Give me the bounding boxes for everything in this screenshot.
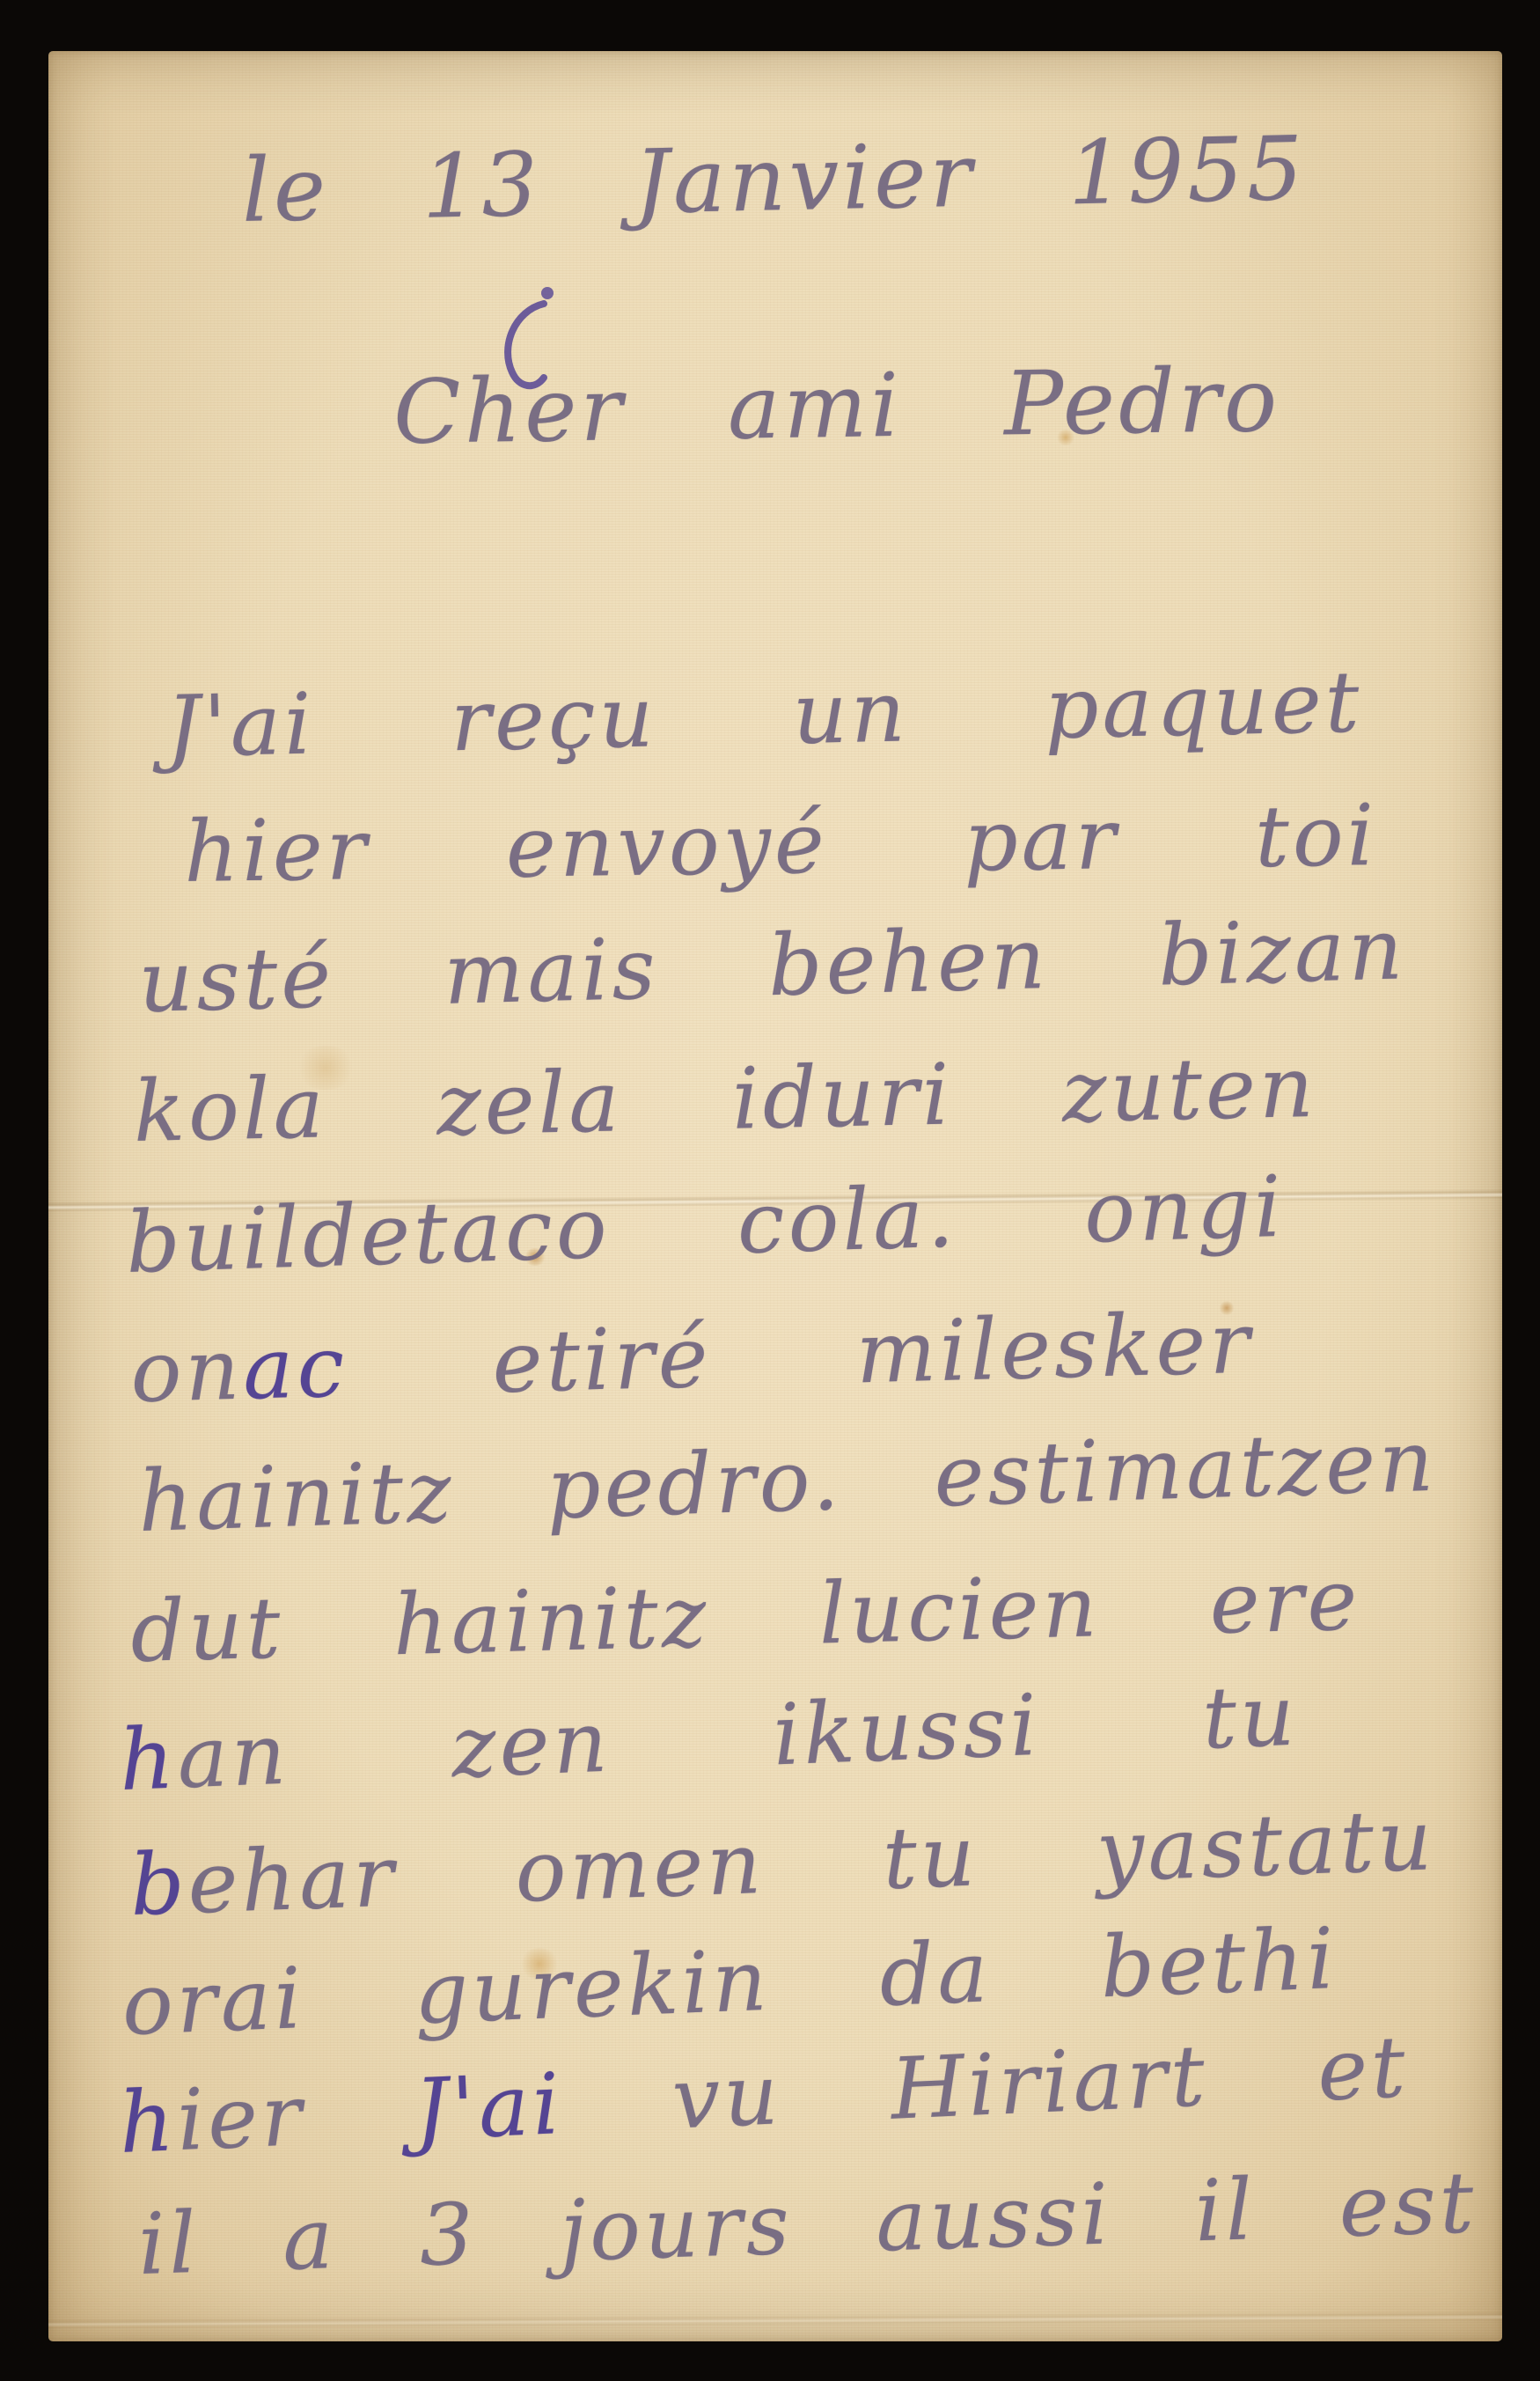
salutation-line: Cher ami Pedro [392,349,1280,464]
ink-segment: b [128,1834,189,1935]
ink-segment: etiré milesker [347,1294,1255,1416]
ink-segment: dut hainitz lucien ere [129,1550,1361,1681]
handwritten-line: il a 3 jours aussi il est [136,2153,1478,2294]
letter-scan: le 13 Janvier 1955 Cher ami Pedro J'ai r… [0,0,1540,2381]
handwritten-line: J'ai reçu un paquet [165,653,1364,776]
ink-segment: J'ai [413,2054,566,2159]
ink-segment: vu Hiriart et [561,2017,1411,2153]
ink-segment: ier [175,2061,417,2170]
date-line: le 13 Janvier 1955 [241,117,1308,242]
handwritten-line: han zen ikussi tu [118,1666,1300,1810]
ink-segment: buildetaco cola. ongi [124,1157,1286,1292]
letter-paper-sheet: le 13 Janvier 1955 Cher ami Pedro J'ai r… [48,51,1502,2341]
ink-segment: hainitz pedro. estimatzen [136,1412,1438,1551]
ink-segment: an zen ikussi tu [175,1666,1300,1808]
ink-segment: hier envoyé par toi [183,786,1378,901]
handwritten-line: hainitz pedro. estimatzen [136,1412,1438,1551]
handwritten-line: onac etiré milesker [129,1294,1254,1422]
handwritten-line: usté mais behen bizan [137,900,1407,1032]
ink-segment: J'ai reçu un paquet [165,653,1364,776]
ink-segment: il a 3 jours aussi il est [136,2153,1478,2294]
handwritten-line: hier envoyé par toi [183,786,1378,901]
handwritten-line: dut hainitz lucien ere [129,1550,1361,1681]
fold-crease-faint [48,2311,1502,2330]
handwritten-line: buildetaco cola. ongi [124,1157,1286,1292]
ink-segment: usté mais behen bizan [137,900,1407,1032]
ink-segment: h [118,1709,180,1810]
ink-segment: h [117,2071,180,2172]
ink-segment: on [129,1320,245,1422]
ink-segment: ehar omen tu yastatu [187,1790,1437,1932]
ink-segment: ac [242,1318,349,1419]
